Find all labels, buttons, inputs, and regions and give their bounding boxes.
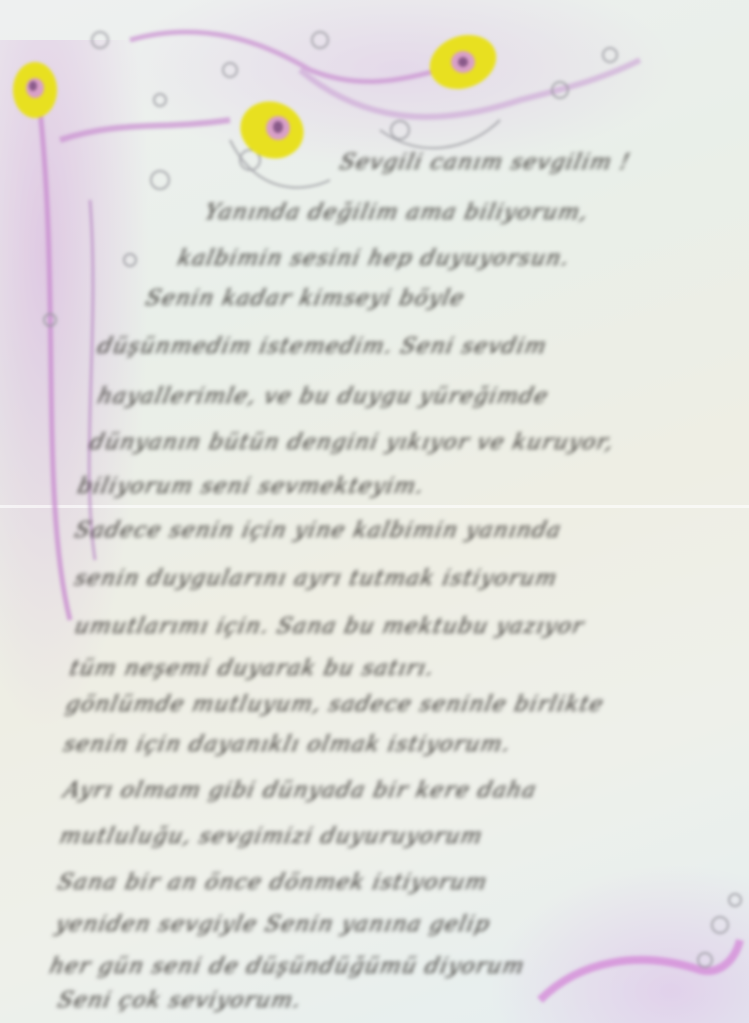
letter-line: Seni çok seviyorum. [55,988,303,1013]
letter-line: Sana bir an önce dönmek istiyorum [55,870,490,895]
letter-line: Yanında değilim ama biliyorum, [202,200,590,225]
letter-line: umutlarımı için. Sana bu mektubu yazıyor [72,614,586,639]
letter-line: biliyorum seni sevmekteyim. [75,474,426,499]
letter-line: senin duygularını ayrı tutmak istiyorum [72,566,560,591]
letter-line: gönlümde mutluyum, sadece seninle birlik… [63,692,606,717]
letter-line: Senin kadar kimseyi böyle [143,286,467,311]
letter-line: Sadece senin için yine kalbimin yanında [72,518,564,543]
letter-line: hayallerimle, ve bu duygu yüreğimde [95,384,551,409]
letter-line: tüm neşemi duyarak bu satırı. [67,656,436,681]
letter-line: mutluluğu, sevgimizi duyuruyorum [57,824,485,849]
letter-line: kalbimin sesini hep duyuyorsun. [175,246,572,271]
letter-line: yeniden sevgiyle Senin yanına gelip [53,912,492,937]
letter-line: Ayrı olmam gibi dünyada bir kere daha [61,778,539,803]
letter-line: dünyanın bütün dengini yıkıyor ve kuruyo… [87,430,616,455]
letter-line: Sevgili canım sevgilim ! [337,150,632,175]
letter-line: düşünmedim istemedim. Seni sevdim [95,334,549,359]
letter-page: Sevgili canım sevgilim ! Yanında değilim… [0,0,749,1023]
letter-line: her gün seni de düşündüğümü diyorum [47,954,527,979]
letter-line: senin için dayanıklı olmak istiyorum. [61,732,513,757]
